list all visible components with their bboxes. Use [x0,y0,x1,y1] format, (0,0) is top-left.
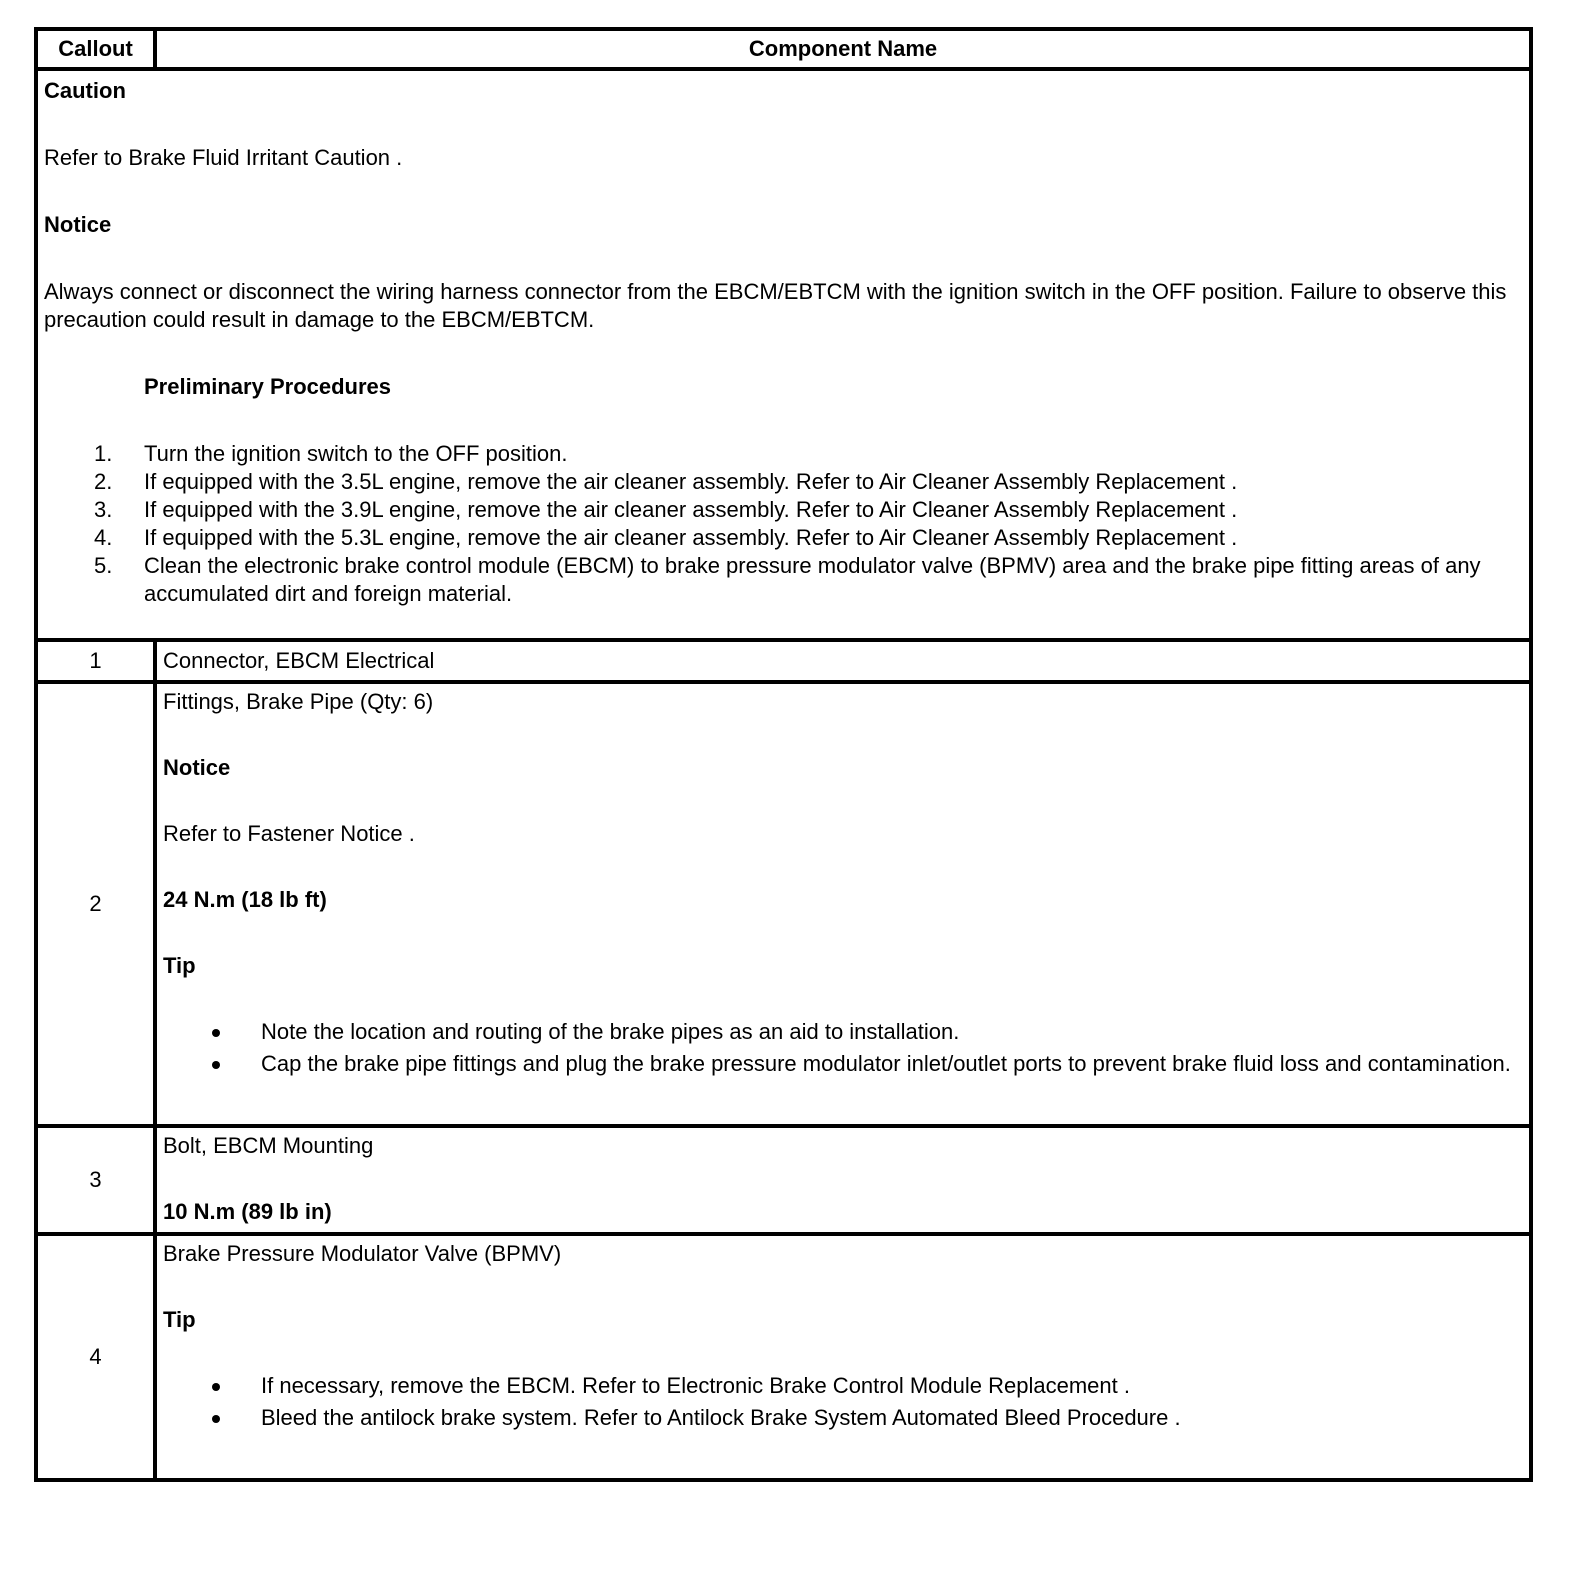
header-component-name: Component Name [155,29,1531,69]
torque-spec: 24 N.m (18 lb ft) [163,886,1523,914]
table-row: 3 Bolt, EBCM Mounting 10 N.m (89 lb in) [36,1126,1531,1234]
torque-spec: 10 N.m (89 lb in) [163,1198,1523,1226]
callout-number: 4 [36,1234,155,1480]
step-text: Clean the electronic brake control modul… [144,553,1481,606]
step-number: 4. [94,524,112,552]
tip-text: Bleed the antilock brake system. Refer t… [261,1405,1181,1430]
step-item: 3.If equipped with the 3.9L engine, remo… [44,496,1523,524]
component-name: Fittings, Brake Pipe (Qty: 6) [163,688,1523,716]
preliminary-steps-list: 1.Turn the ignition switch to the OFF po… [44,440,1523,608]
component-details: Brake Pressure Modulator Valve (BPMV) Ti… [155,1234,1531,1480]
tip-item: Cap the brake pipe fittings and plug the… [163,1050,1523,1078]
step-number: 1. [94,440,112,468]
step-number: 5. [94,552,112,580]
step-item: 5.Clean the electronic brake control mod… [44,552,1523,608]
step-item: 1.Turn the ignition switch to the OFF po… [44,440,1523,468]
step-text: If equipped with the 3.5L engine, remove… [144,469,1237,494]
table-row: 4 Brake Pressure Modulator Valve (BPMV) … [36,1234,1531,1480]
tip-item: Note the location and routing of the bra… [163,1018,1523,1046]
preliminary-procedures-heading: Preliminary Procedures [44,373,1523,401]
step-item: 2.If equipped with the 3.5L engine, remo… [44,468,1523,496]
step-text: Turn the ignition switch to the OFF posi… [144,441,568,466]
header-callout: Callout [36,29,155,69]
component-details: Bolt, EBCM Mounting 10 N.m (89 lb in) [155,1126,1531,1234]
notice-text: Refer to Fastener Notice . [163,820,1523,848]
table-header-row: Callout Component Name [36,29,1531,69]
tip-item: If necessary, remove the EBCM. Refer to … [163,1372,1523,1400]
bullet-icon [212,1061,220,1069]
step-text: If equipped with the 5.3L engine, remove… [144,525,1237,550]
callout-number: 2 [36,682,155,1126]
component-name: Brake Pressure Modulator Valve (BPMV) [163,1240,1523,1268]
step-number: 3. [94,496,112,524]
bullet-icon [212,1383,220,1391]
callout-number: 1 [36,640,155,682]
tip-list: Note the location and routing of the bra… [163,1018,1523,1078]
step-text: If equipped with the 3.9L engine, remove… [144,497,1237,522]
tip-list: If necessary, remove the EBCM. Refer to … [163,1372,1523,1432]
caution-heading: Caution [44,77,1523,105]
step-item: 4.If equipped with the 5.3L engine, remo… [44,524,1523,552]
callout-number: 3 [36,1126,155,1234]
intro-row: Caution Refer to Brake Fluid Irritant Ca… [36,69,1531,640]
table-row: 2 Fittings, Brake Pipe (Qty: 6) Notice R… [36,682,1531,1126]
step-number: 2. [94,468,112,496]
component-details: Fittings, Brake Pipe (Qty: 6) Notice Ref… [155,682,1531,1126]
tip-heading: Tip [163,952,1523,980]
component-table: Callout Component Name Caution Refer to … [34,27,1533,1482]
table-row: 1 Connector, EBCM Electrical [36,640,1531,682]
intro-cell: Caution Refer to Brake Fluid Irritant Ca… [36,69,1531,640]
notice-heading: Notice [44,211,1523,239]
bullet-icon [212,1415,220,1423]
bullet-icon [212,1029,220,1037]
tip-text: Cap the brake pipe fittings and plug the… [261,1051,1511,1076]
notice-text: Always connect or disconnect the wiring … [44,278,1523,334]
component-name: Connector, EBCM Electrical [155,640,1531,682]
notice-heading: Notice [163,754,1523,782]
tip-item: Bleed the antilock brake system. Refer t… [163,1404,1523,1432]
component-name: Bolt, EBCM Mounting [163,1132,1523,1160]
caution-text: Refer to Brake Fluid Irritant Caution . [44,144,1523,172]
tip-text: Note the location and routing of the bra… [261,1019,959,1044]
tip-text: If necessary, remove the EBCM. Refer to … [261,1373,1130,1398]
tip-heading: Tip [163,1306,1523,1334]
